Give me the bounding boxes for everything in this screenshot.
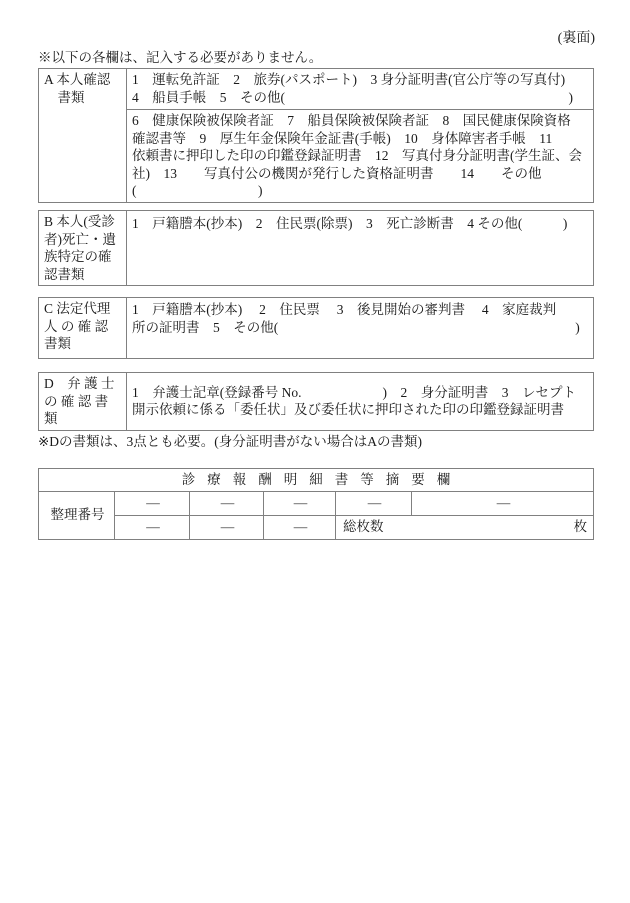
table-a-row1-content: 1 運転免許証 2 旅券(パスポート) 3 身分証明書(官公庁等の写真付) 4 … <box>127 69 594 110</box>
table-b-death-bereaved-documents: B 本人(受診 者)死亡・遺 族特定の確 認書類 1 戸籍謄本(抄本) 2 住民… <box>38 210 594 286</box>
table-row: 診療報酬明細書等摘要欄 <box>39 469 594 492</box>
table-row: A 本人確認 書類 1 運転免許証 2 旅券(パスポート) 3 身分証明書(官公… <box>39 69 594 110</box>
summary-cell: — <box>190 515 264 539</box>
summary-cell: — <box>264 491 336 515</box>
summary-cell: — <box>264 515 336 539</box>
summary-cell: — <box>115 515 190 539</box>
table-a-label: A 本人確認 書類 <box>39 69 127 203</box>
table-d-label: D 弁 護 士 の 確 認 書 類 <box>39 373 127 431</box>
d-requirement-note: ※Dの書類は、3点とも必要。(身分証明書がない場合はAの書類) <box>38 430 422 450</box>
top-note: ※以下の各欄は、記入する必要がありません。 <box>38 46 322 66</box>
document-page: (裏面) ※以下の各欄は、記入する必要がありません。 A 本人確認 書類 1 運… <box>0 0 630 903</box>
table-row: — — — 総枚数 枚 <box>39 515 594 539</box>
table-row: 整理番号 — — — — — <box>39 491 594 515</box>
reference-number-label: 整理番号 <box>39 491 115 539</box>
summary-table-title: 診療報酬明細書等摘要欄 <box>39 469 594 492</box>
summary-table-receipt-reference: 診療報酬明細書等摘要欄 整理番号 — — — — — — — — 総枚数 枚 <box>38 468 594 540</box>
page-side-label: (裏面) <box>558 27 595 47</box>
table-b-content: 1 戸籍謄本(抄本) 2 住民票(除票) 3 死亡診断書 4 その他( ) <box>127 211 594 286</box>
table-row: C 法定代理 人 の 確 認 書類 1 戸籍謄本(抄本) 2 住民票 3 後見開… <box>39 298 594 359</box>
total-sheets-label: 総枚数 <box>343 518 384 536</box>
table-c-label: C 法定代理 人 の 確 認 書類 <box>39 298 127 359</box>
table-d-content: 1 弁護士記章(登録番号 No. ) 2 身分証明書 3 レセプト 開示依頼に係… <box>127 373 594 431</box>
total-sheets-unit: 枚 <box>574 518 588 536</box>
table-d-lawyer-documents: D 弁 護 士 の 確 認 書 類 1 弁護士記章(登録番号 No. ) 2 身… <box>38 372 594 431</box>
table-row: B 本人(受診 者)死亡・遺 族特定の確 認書類 1 戸籍謄本(抄本) 2 住民… <box>39 211 594 286</box>
table-b-label: B 本人(受診 者)死亡・遺 族特定の確 認書類 <box>39 211 127 286</box>
table-a-identity-documents: A 本人確認 書類 1 運転免許証 2 旅券(パスポート) 3 身分証明書(官公… <box>38 68 594 203</box>
summary-cell: — <box>412 491 594 515</box>
table-row: D 弁 護 士 の 確 認 書 類 1 弁護士記章(登録番号 No. ) 2 身… <box>39 373 594 431</box>
table-c-legal-representative-documents: C 法定代理 人 の 確 認 書類 1 戸籍謄本(抄本) 2 住民票 3 後見開… <box>38 297 594 359</box>
table-c-content: 1 戸籍謄本(抄本) 2 住民票 3 後見開始の審判書 4 家庭裁判 所の証明書… <box>127 298 594 359</box>
summary-cell: — <box>336 491 412 515</box>
summary-cell: — <box>115 491 190 515</box>
total-sheets-cell: 総枚数 枚 <box>336 515 594 539</box>
summary-cell: — <box>190 491 264 515</box>
table-a-row2-content: 6 健康保険被保険者証 7 船員保険被保険者証 8 国民健康保険資格 確認書等 … <box>127 110 594 203</box>
